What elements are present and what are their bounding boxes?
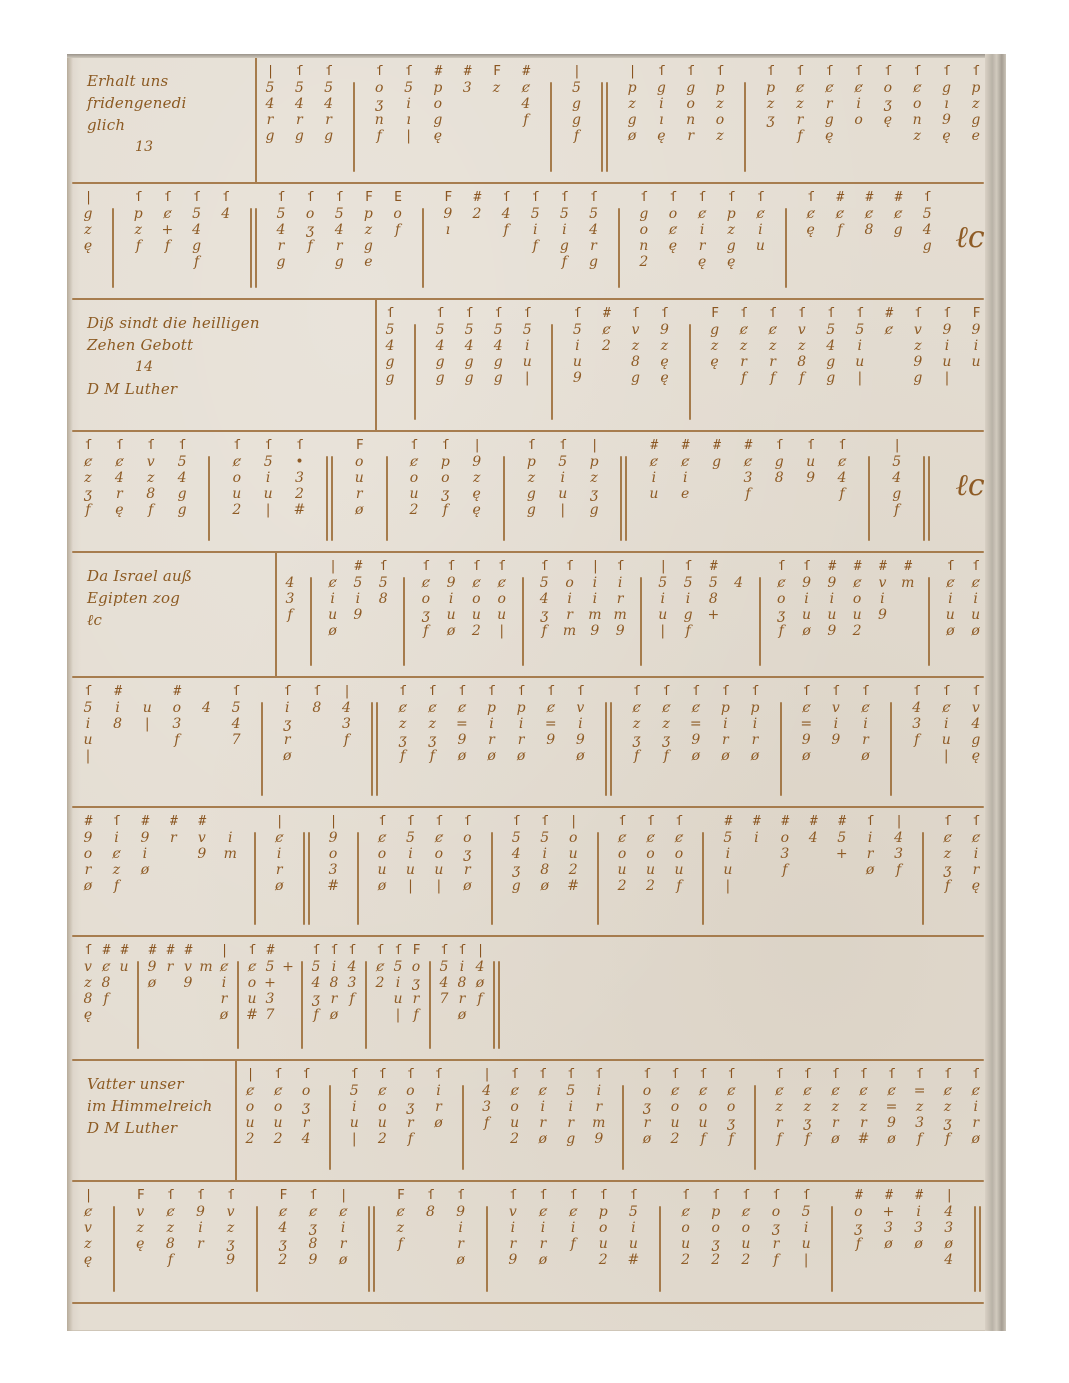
tab-chord: ſȼirę	[693, 190, 711, 270]
rhythm-flag: ſ	[437, 306, 444, 322]
tab-glyph: 5	[394, 959, 403, 975]
tab-glyph: =	[456, 716, 468, 732]
tab-glyph: ȼ	[862, 700, 870, 716]
tab-chord: ſ5i8ø	[536, 814, 554, 894]
hymn-title: Da Israel außEgipten zogℓc	[87, 565, 192, 631]
tab-glyph: 2	[671, 1131, 680, 1147]
rhythm-flag: #	[915, 1188, 922, 1204]
rhythm-flag: ſ	[855, 64, 862, 80]
tab-glyph: u	[802, 1236, 811, 1252]
tab-chord: ſpirø	[512, 684, 530, 764]
tab-glyph	[777, 502, 781, 518]
tab-chord: #9iu9	[823, 559, 841, 639]
tab-glyph	[475, 222, 479, 238]
tab-glyph: 5	[295, 80, 304, 96]
tab-glyph: g	[712, 454, 721, 470]
rhythm-flag: F	[493, 64, 500, 80]
tab-glyph: u	[942, 354, 951, 370]
tab-glyph: ȼ	[569, 1204, 577, 1220]
tab-chord: ſirm9	[611, 559, 629, 639]
tab-chord: #r	[161, 943, 179, 1007]
tab-glyph: ȼ	[662, 700, 670, 716]
rhythm-flag: ſ	[488, 684, 495, 700]
tab-chord: ſ9irø	[452, 1188, 470, 1268]
tab-glyph: o	[913, 96, 921, 112]
tab-glyph	[905, 623, 909, 639]
tab-glyph	[768, 128, 772, 144]
tab-glyph: f	[168, 1252, 173, 1268]
system-rule	[72, 1302, 984, 1304]
tab-chord: ſpirø	[746, 684, 764, 764]
tab-glyph: |	[499, 623, 504, 639]
rhythm-flag: ſ	[336, 190, 343, 206]
tab-chord: ſvz9g	[909, 306, 927, 386]
tab-glyph: |	[857, 370, 862, 386]
tab-glyph: ʒ	[399, 732, 407, 748]
tab-chord: ſȼz8f	[161, 1188, 179, 1268]
tab-glyph: ȼ	[435, 830, 443, 846]
rhythm-flag: ſ	[85, 684, 92, 700]
tab-glyph: o	[510, 1099, 518, 1115]
tab-glyph: =	[800, 716, 812, 732]
tab-chord: ſ4f	[497, 190, 515, 270]
tab-glyph: 5	[232, 700, 241, 716]
tab-glyph: u	[569, 846, 578, 862]
tab-chord: ſpzf	[129, 190, 147, 270]
rhythm-flag: ſ	[776, 438, 783, 454]
tab-glyph: ø	[802, 748, 810, 764]
tab-glyph: ȼ	[220, 959, 228, 975]
tab-glyph: i	[945, 338, 949, 354]
rhythm-flag: ſ	[227, 1188, 234, 1204]
rhythm-flag: |	[340, 1188, 347, 1204]
hymn-title: Erhalt unsfridengenediglich13	[87, 70, 186, 158]
tab-glyph: v	[972, 700, 980, 716]
tab-glyph: ȼ	[410, 454, 418, 470]
tab-glyph: ę	[710, 354, 718, 370]
tab-glyph: g	[386, 370, 395, 386]
tab-glyph: o	[274, 1099, 282, 1115]
tab-chord: |ou2#	[564, 814, 582, 894]
tab-glyph: ę	[84, 1007, 92, 1023]
tab-chord: ſ5iu|	[259, 438, 277, 518]
tab-glyph: =	[545, 716, 557, 732]
tab-glyph: r	[973, 862, 980, 878]
tab-glyph: i	[661, 591, 665, 607]
tab-glyph: 8	[864, 222, 873, 238]
tab-glyph: i	[974, 338, 978, 354]
barline	[597, 832, 599, 925]
tab-glyph: u	[827, 607, 836, 623]
tab-chord: Fȼ4ʒ2	[274, 1188, 292, 1268]
tab-glyph: i	[569, 1099, 573, 1115]
rhythm-flag: ſ	[116, 438, 123, 454]
rhythm-flag: |	[945, 1188, 952, 1204]
rhythm-flag: ſ	[687, 64, 694, 80]
tab-glyph	[494, 96, 498, 112]
tab-glyph: g	[566, 1131, 575, 1147]
rhythm-flag: ſ	[473, 559, 480, 575]
barline	[261, 702, 263, 796]
tab-glyph: i	[228, 830, 232, 846]
tab-glyph: r	[769, 354, 776, 370]
tab-glyph: o	[781, 830, 789, 846]
tab-glyph: 9	[443, 206, 452, 222]
tab-chord: ſgon2	[635, 190, 653, 270]
tab-glyph	[746, 502, 750, 518]
tab-chord: +	[279, 943, 297, 1007]
tab-glyph: ȼ	[807, 206, 815, 222]
tab-glyph: ʒ	[772, 1220, 780, 1236]
tab-chord: ſpoʒf	[436, 438, 454, 518]
tab-glyph: ę	[942, 128, 950, 144]
tab-glyph: g	[628, 112, 637, 128]
tab-glyph: 9	[309, 1252, 318, 1268]
tab-chord: |43f	[478, 1067, 496, 1147]
tab-glyph	[925, 254, 929, 270]
tab-glyph: 5	[892, 454, 901, 470]
double-barline	[923, 456, 925, 541]
rhythm-flag: ſ	[619, 814, 626, 830]
tab-glyph: ʒ	[279, 1236, 287, 1252]
tab-glyph: ȼ	[84, 454, 92, 470]
tab-glyph: 9	[806, 470, 815, 486]
rhythm-flag: ſ	[797, 64, 804, 80]
tab-glyph: ʒ	[463, 846, 471, 862]
barline	[310, 577, 312, 666]
tab-glyph: ø	[914, 1236, 922, 1252]
rhythm-flag: ſ	[284, 684, 291, 700]
tab-glyph: 9	[594, 1131, 603, 1147]
page-left-edge	[67, 54, 73, 1331]
tab-chord: ſȼę	[802, 190, 820, 270]
tab-glyph	[896, 878, 900, 894]
tab-glyph: z	[860, 1099, 867, 1115]
tab-chord: ſirø	[429, 1067, 447, 1147]
tab-glyph: r	[510, 1236, 517, 1252]
tab-glyph: i	[948, 591, 952, 607]
tab-glyph: i	[858, 338, 862, 354]
tab-chord: ſȼʒ89	[304, 1188, 322, 1268]
rhythm-flag: F	[444, 190, 451, 206]
tab-glyph: ȼ	[647, 830, 655, 846]
tablature-system-9: Vatter unserim HimmelreichD M Luther|ȼou…	[75, 1061, 985, 1180]
tab-glyph: 9	[196, 1204, 205, 1220]
tab-chord: ſvzʒ9	[222, 1188, 240, 1268]
tab-glyph	[671, 254, 675, 270]
tab-glyph: r	[644, 1115, 651, 1131]
tab-glyph: 9	[691, 732, 700, 748]
tab-glyph: 9	[184, 975, 193, 991]
tab-glyph: g	[84, 206, 93, 222]
tab-chord: ſoʒrf	[401, 1067, 419, 1147]
tab-glyph: ʒ	[633, 732, 641, 748]
tab-glyph	[168, 991, 172, 1007]
tab-glyph	[736, 623, 740, 639]
tab-glyph: u	[409, 486, 418, 502]
rhythm-flag: ſ	[769, 306, 776, 322]
tab-glyph	[223, 222, 227, 238]
tab-glyph: z	[397, 1220, 404, 1236]
tab-glyph: u	[942, 732, 951, 748]
tab-glyph	[436, 1131, 440, 1147]
rhythm-flag: ſ	[803, 684, 810, 700]
rhythm-flag: ſ	[692, 684, 699, 700]
tab-chord: ſȼzrf	[791, 64, 809, 144]
tab-glyph: 4	[436, 338, 445, 354]
tab-glyph: ę	[473, 502, 481, 518]
tab-glyph: ʒ	[884, 96, 892, 112]
rhythm-flag: ſ	[590, 190, 597, 206]
tab-glyph: f	[777, 1131, 782, 1147]
barline	[922, 832, 924, 925]
tab-glyph: ø	[831, 1131, 839, 1147]
tab-glyph: |	[396, 1007, 401, 1023]
tab-glyph: g	[386, 354, 395, 370]
tab-glyph	[428, 1236, 432, 1252]
tablature-columns: ſȼzʒfſȼ4ręſvz8fſ54ggſȼou2ſ5iu|ſ•32#Fourø…	[79, 438, 985, 545]
tab-chord: |pzʒg	[585, 438, 603, 518]
tab-glyph: p	[766, 80, 775, 96]
tab-glyph: ȼ	[756, 206, 764, 222]
tab-chord: ſoʒrf	[767, 1188, 785, 1268]
tab-chord: ſȼzʒf	[939, 814, 957, 894]
tab-glyph: ø	[643, 1131, 651, 1147]
tab-glyph: 2	[618, 878, 627, 894]
tab-glyph: 4	[502, 206, 511, 222]
tab-chord: ſ54ʒf	[535, 559, 553, 639]
tab-glyph	[652, 502, 656, 518]
tab-glyph: f	[395, 222, 400, 238]
tab-chord: ſoʒrø	[458, 814, 476, 894]
tablature-system-5: Da Israel außEgipten zogℓc43f |ȼiuø#5i9 …	[75, 553, 985, 676]
tab-glyph: 4	[482, 1083, 491, 1099]
tab-glyph: i	[567, 591, 571, 607]
rhythm-flag: ſ	[331, 943, 338, 959]
tab-glyph: 4	[809, 830, 818, 846]
tab-chord: ſpzoz	[711, 64, 729, 144]
tab-glyph: 9	[573, 370, 582, 386]
tab-chord: ſ5iı|	[400, 64, 418, 144]
tab-glyph: n	[913, 112, 922, 128]
tab-chord: #+3ø	[880, 1188, 898, 1268]
rhythm-flag: F	[279, 1188, 286, 1204]
rhythm-flag: ſ	[561, 190, 568, 206]
tab-glyph: r	[464, 862, 471, 878]
barline	[831, 1206, 833, 1292]
tab-chord: #5+37	[261, 943, 279, 1023]
tab-glyph: f	[574, 128, 579, 144]
tab-glyph: n	[375, 112, 384, 128]
tab-chord: ſȼzr#	[854, 1067, 872, 1147]
tab-glyph: i	[406, 96, 410, 112]
tablature-system-8: ſvz8ę#ȼ8f #u #9ø #r #v9 m |ȼirøſȼou##5+3…	[75, 937, 985, 1059]
tab-glyph	[604, 354, 608, 370]
tab-glyph: u	[447, 607, 456, 623]
tab-glyph: ȼ	[602, 322, 610, 338]
tab-glyph: u	[946, 607, 955, 623]
tab-glyph	[204, 1007, 208, 1023]
tab-glyph: r	[170, 830, 177, 846]
tab-chord: ſ43f	[908, 684, 926, 764]
tab-glyph	[122, 975, 126, 991]
tab-glyph: 9	[140, 830, 149, 846]
tab-glyph: |	[660, 623, 665, 639]
tab-glyph: 9	[827, 623, 836, 639]
tab-glyph: ø	[538, 1131, 546, 1147]
tab-glyph: 3	[914, 1220, 923, 1236]
tab-glyph	[714, 486, 718, 502]
tab-glyph: g	[178, 502, 187, 518]
tab-chord: ſȼirę	[967, 814, 985, 894]
rhythm-flag: #	[267, 943, 274, 959]
tab-glyph: 3	[463, 80, 472, 96]
rhythm-flag: ſ	[566, 559, 573, 575]
tab-chord: #4	[804, 814, 822, 894]
tab-glyph: 5	[589, 206, 598, 222]
rhythm-flag: ſ	[803, 1188, 810, 1204]
rhythm-flag: F	[397, 1188, 404, 1204]
rhythm-flag: |	[483, 1067, 490, 1083]
tab-glyph: o	[643, 1083, 651, 1099]
tab-chord: ſvi9ø	[571, 684, 589, 764]
tab-glyph: 5	[266, 80, 275, 96]
tab-glyph: u	[649, 486, 658, 502]
barline	[622, 1085, 624, 1170]
tab-glyph: ʒ	[643, 1099, 651, 1115]
tab-glyph	[494, 128, 498, 144]
tab-glyph: i	[222, 975, 226, 991]
tab-glyph: r	[340, 1236, 347, 1252]
tab-glyph: p	[441, 454, 450, 470]
tab-glyph: 9	[802, 732, 811, 748]
tab-glyph: r	[595, 1099, 602, 1115]
tab-glyph: p	[716, 80, 725, 96]
tab-glyph: 4	[589, 222, 598, 238]
barline	[754, 1085, 756, 1170]
tab-chord: ſȼou|	[430, 814, 448, 894]
rhythm-flag: ſ	[222, 190, 229, 206]
tab-glyph: u	[497, 607, 506, 623]
tab-glyph: r	[276, 862, 283, 878]
tab-glyph: ę	[669, 238, 677, 254]
tab-glyph: 4	[178, 470, 187, 486]
tab-glyph: ę	[84, 1252, 92, 1268]
tab-glyph: ø	[378, 878, 386, 894]
tab-glyph: f	[676, 878, 681, 894]
tab-glyph: 2	[711, 1252, 720, 1268]
tab-glyph: i	[460, 959, 464, 975]
tab-glyph: 3	[894, 846, 903, 862]
rhythm-flag: F	[365, 190, 372, 206]
tab-glyph: o	[248, 975, 256, 991]
tab-glyph: ȼ	[836, 206, 844, 222]
barline	[868, 456, 870, 541]
tab-glyph: r	[972, 1115, 979, 1131]
tab-glyph: r	[116, 486, 123, 502]
tab-glyph: r	[567, 1115, 574, 1131]
rhythm-flag: ſ	[676, 814, 683, 830]
tab-chord: ſ54rg	[585, 190, 603, 270]
tab-glyph: p	[599, 1204, 608, 1220]
tab-glyph	[168, 975, 172, 991]
double-barline	[368, 1206, 370, 1292]
tab-chord: ſpzʒ	[762, 64, 780, 144]
tab-glyph: 5	[440, 959, 449, 975]
tab-glyph: 4	[192, 222, 201, 238]
tab-glyph: 2	[853, 623, 862, 639]
title-line: Erhalt uns	[87, 70, 186, 92]
rhythm-flag: ſ	[943, 684, 950, 700]
tab-chord: #ȼ	[880, 306, 898, 370]
rhythm-flag: ſ	[914, 306, 921, 322]
rhythm-flag: #	[522, 64, 529, 80]
tab-glyph: ȼ	[942, 700, 950, 716]
rhythm-flag: #	[354, 559, 361, 575]
rhythm-flag: ſ	[644, 1067, 651, 1083]
tab-glyph: ȼ	[84, 1204, 92, 1220]
rhythm-flag: ſ	[807, 438, 814, 454]
tab-glyph: o	[853, 591, 861, 607]
tab-glyph	[754, 862, 758, 878]
tab-glyph: ø	[866, 862, 874, 878]
tab-chord: |ȼou2	[241, 1067, 259, 1147]
tab-glyph: g	[494, 370, 503, 386]
tab-glyph: f	[685, 623, 690, 639]
tab-glyph	[524, 128, 528, 144]
tab-glyph: 2	[681, 1252, 690, 1268]
tab-glyph: ȼ	[396, 1204, 404, 1220]
tab-glyph: z	[767, 96, 774, 112]
tab-glyph: 5	[540, 575, 549, 591]
tab-chord: ſgonr	[682, 64, 700, 144]
tab-glyph: ʒ	[512, 862, 520, 878]
tab-glyph: u	[355, 470, 364, 486]
tab-glyph: ę	[434, 128, 442, 144]
tablature-system-10: |ȼvzęFvzę ſȼz8fſ9ir ſvzʒ9Fȼ4ʒ2ſȼʒ89|ȼirø…	[75, 1182, 985, 1302]
tab-glyph: o	[84, 846, 92, 862]
tab-chord: ſ54rg	[320, 64, 338, 144]
tab-chord: ſȼrgę	[820, 64, 838, 144]
tab-glyph: 4	[324, 96, 333, 112]
tab-glyph: i	[540, 1099, 544, 1115]
tab-glyph	[887, 338, 891, 354]
tab-glyph: r	[356, 486, 363, 502]
rhythm-flag: |	[343, 684, 350, 700]
tab-glyph: ȼ	[944, 1083, 952, 1099]
tab-chord: ſoirm	[561, 559, 579, 639]
tab-glyph: g	[364, 238, 373, 254]
rhythm-flag: ſ	[466, 306, 473, 322]
rhythm-flag: #	[185, 943, 192, 959]
rhythm-flag: |	[247, 1067, 254, 1083]
tab-glyph: o	[640, 222, 648, 238]
tab-glyph: 2	[409, 502, 418, 518]
tab-glyph: g	[825, 112, 834, 128]
rhythm-flag: #	[464, 64, 471, 80]
tab-glyph: f	[914, 732, 919, 748]
tab-glyph: ʒ	[306, 222, 314, 238]
tab-glyph: 4	[335, 222, 344, 238]
tab-chord: ſpzgg	[522, 438, 540, 518]
tab-glyph	[186, 991, 190, 1007]
barline	[780, 702, 782, 796]
tab-glyph: 5	[684, 575, 693, 591]
tab-chord: ſ5iu9	[568, 306, 586, 386]
tab-glyph: f	[782, 862, 787, 878]
tab-glyph: ø	[141, 862, 149, 878]
tab-glyph: 9	[457, 732, 466, 748]
